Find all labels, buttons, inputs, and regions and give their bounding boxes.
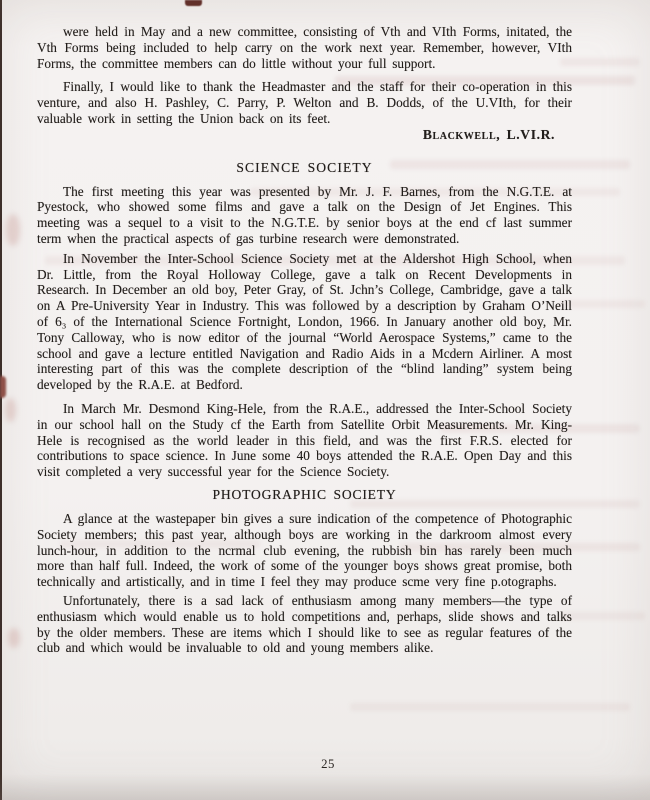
bleed-through-mark — [560, 612, 645, 620]
union-report-thanks-paragraph: Finally, I would like to thank the Headm… — [37, 79, 572, 126]
photographic-society-paragraph: A glance at the wastepaper bin gives a s… — [37, 511, 572, 590]
scan-smudge-top — [185, 0, 202, 6]
science-society-paragraph: In March Mr. Desmond King-Hele, from the… — [37, 401, 572, 480]
science-society-heading: SCIENCE SOCIETY — [37, 160, 572, 176]
page-content: were held in May and a new committee, co… — [37, 24, 572, 656]
bleed-through-mark — [560, 300, 645, 308]
bleed-through-mark — [560, 58, 640, 66]
scan-smudge-margin — [6, 214, 20, 246]
photographic-society-heading: PHOTOGRAPHIC SOCIETY — [37, 487, 572, 503]
page-number: 25 — [0, 757, 650, 772]
scan-smudge-margin — [8, 628, 20, 648]
scan-smudge-margin — [5, 398, 16, 422]
science-society-paragraph: In November the Inter-School Science Soc… — [37, 251, 572, 393]
author-signature: Blackwell, L.VI.R. — [37, 127, 572, 143]
photographic-society-paragraph: Unfortunately, there is a sad lack of en… — [37, 593, 572, 656]
scan-smudge-left-edge — [0, 376, 6, 398]
scanned-page: were held in May and a new committee, co… — [0, 0, 650, 800]
scan-shadow-bottom — [0, 774, 650, 800]
science-society-paragraph: The first meeting this year was presente… — [37, 184, 572, 247]
union-report-continuation-paragraph: were held in May and a new committee, co… — [37, 24, 572, 71]
bleed-through-mark — [350, 703, 630, 711]
scan-edge-line-left — [0, 0, 2, 800]
